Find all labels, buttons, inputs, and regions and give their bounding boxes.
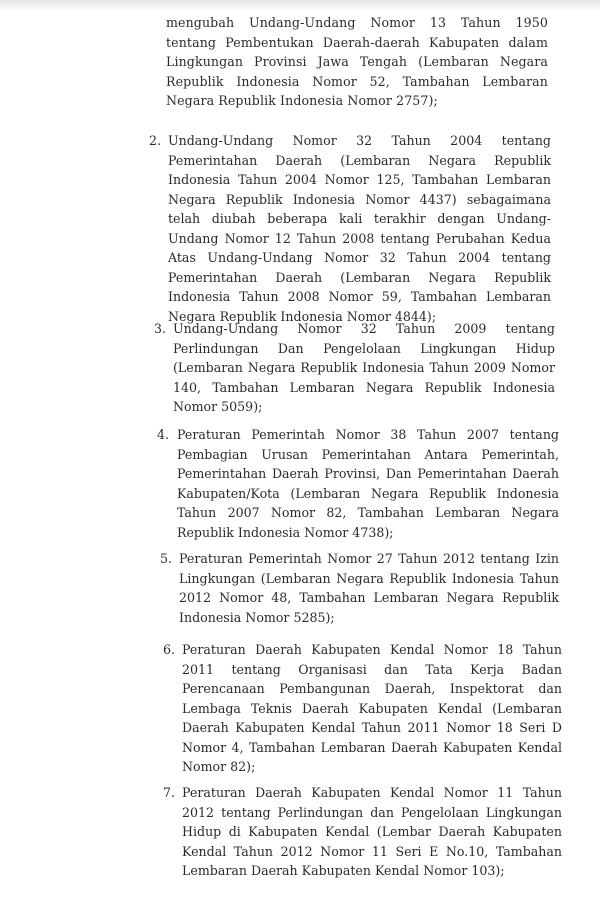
list-item-text: Peraturan Daerah Kabupaten Kendal Nomor … bbox=[182, 640, 562, 777]
list-item-number: 3. bbox=[146, 319, 166, 339]
list-item-number: 5. bbox=[152, 549, 172, 569]
list-item-text: Peraturan Pemerintah Nomor 38 Tahun 2007… bbox=[177, 425, 559, 542]
list-item-text: Peraturan Daerah Kabupaten Kendal Nomor … bbox=[182, 783, 562, 881]
list-item-number: 2. bbox=[141, 131, 161, 151]
document-page: mengubah Undang-Undang Nomor 13 Tahun 19… bbox=[0, 0, 600, 900]
list-item-number: 7. bbox=[155, 783, 175, 803]
list-item-number: 6. bbox=[155, 640, 175, 660]
list-item-text: Undang-Undang Nomor 32 Tahun 2004 tentan… bbox=[168, 131, 551, 326]
continuation-paragraph: mengubah Undang-Undang Nomor 13 Tahun 19… bbox=[166, 13, 548, 111]
list-item-text: Undang-Undang Nomor 32 Tahun 2009 tentan… bbox=[173, 319, 555, 417]
list-item-text: Peraturan Pemerintah Nomor 27 Tahun 2012… bbox=[179, 549, 559, 627]
list-item-number: 4. bbox=[149, 425, 169, 445]
